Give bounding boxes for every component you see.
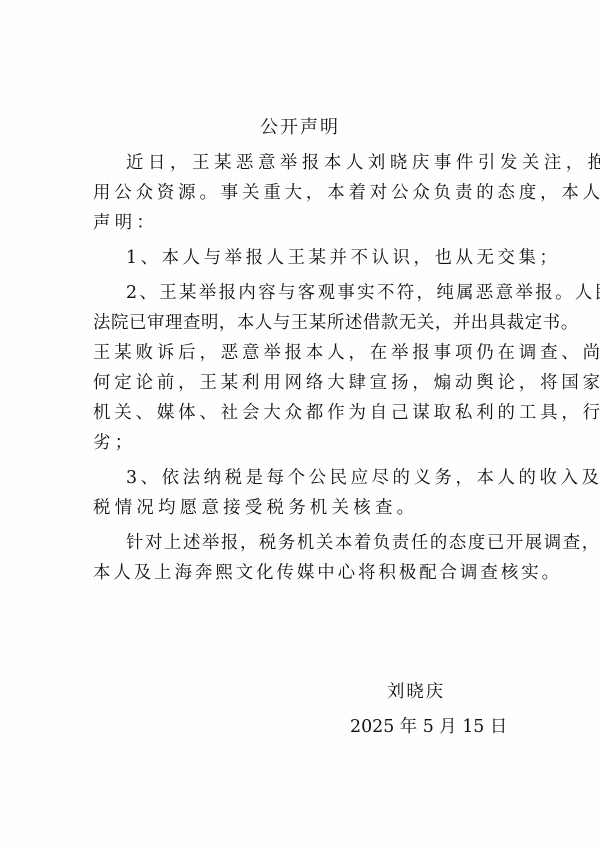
text-line: 用公众资源。事关重大，本着对公众负责的态度，本人必须 [93,178,509,208]
text-line: 何定论前，王某利用网络大肆宣扬，煽动舆论，将国家税务 [93,368,509,398]
text-line: 机关、媒体、社会大众都作为自己谋取私利的工具，行为恶 [93,398,509,428]
paragraph-item-2: 2、王某举报内容与客观事实不符，纯属恶意举报。人民 法院已审理查明，本人与王某所… [93,278,509,458]
paragraph-item-1: 1、本人与举报人王某并不认识，也从无交集； [93,243,509,273]
text-line: 法院已审理查明，本人与王某所述借款无关，并出具裁定书。 [93,308,509,338]
text-line: 税情况均愿意接受税务机关核查。 [93,493,509,523]
text-line: 王某败诉后，恶意举报本人，在举报事项仍在调查、尚无任 [93,338,509,368]
signature-date: 2025 年 5 月 15 日 [350,715,507,739]
text-line: 声明： [93,208,509,238]
paragraph-intro: 近日，王某恶意举报本人刘晓庆事件引发关注，抱歉占 用公众资源。事关重大，本着对公… [93,148,509,238]
statement-page: 公开声明 近日，王某恶意举报本人刘晓庆事件引发关注，抱歉占 用公众资源。事关重大… [0,0,600,848]
text-line: 1、本人与举报人王某并不认识，也从无交集； [93,243,509,273]
text-line: 本人及上海奔熙文化传媒中心将积极配合调查核实。 [93,558,509,588]
paragraph-closing: 针对上述举报，税务机关本着负责任的态度已开展调查， 本人及上海奔熙文化传媒中心将… [93,528,509,588]
text-line: 近日，王某恶意举报本人刘晓庆事件引发关注，抱歉占 [93,148,509,178]
paragraph-item-3: 3、依法纳税是每个公民应尽的义务，本人的收入及纳 税情况均愿意接受税务机关核查。 [93,463,509,523]
signature: 刘晓庆 [387,680,445,704]
text-line: 2、王某举报内容与客观事实不符，纯属恶意举报。人民 [93,278,509,308]
text-line: 3、依法纳税是每个公民应尽的义务，本人的收入及纳 [93,463,509,493]
text-line: 劣； [93,428,509,458]
text-line: 针对上述举报，税务机关本着负责任的态度已开展调查， [93,528,509,558]
page-title: 公开声明 [0,116,600,140]
